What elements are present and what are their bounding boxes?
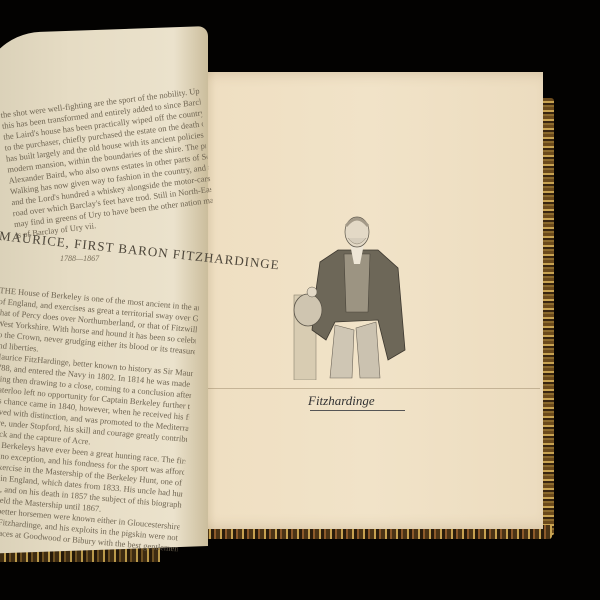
- portrait-signature: Fitzhardinge: [308, 393, 375, 409]
- left-page-top-paragraph: the shot were well-fighting are the spor…: [0, 86, 215, 241]
- plate-rule: [200, 388, 540, 389]
- photo-background: the shot were well-fighting are the spor…: [0, 0, 600, 600]
- engraved-portrait: [290, 210, 420, 380]
- left-page-body: THE House of Berkeley is one of the most…: [0, 285, 199, 554]
- chapter-dates: 1788—1867: [60, 254, 99, 263]
- signature-underline: [310, 410, 405, 411]
